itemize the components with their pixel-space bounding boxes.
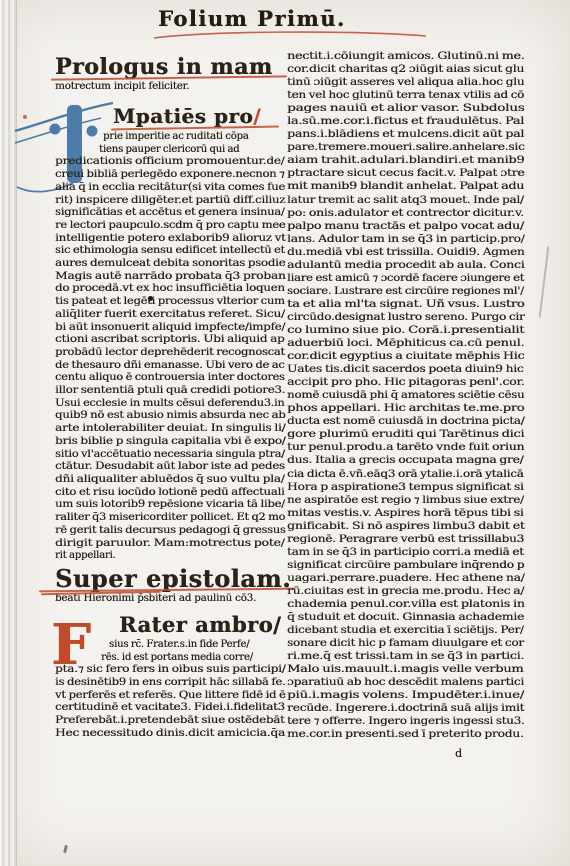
text-line: raliter q̄3 misericorditer pollicet. Et … <box>55 512 285 525</box>
text-line: certitudinē et vacitate3. Fidei.i.fideli… <box>55 702 285 715</box>
text-line: cia dicta ē.vñ.eāq3 orā ytalie.i.orā yta… <box>287 468 524 481</box>
text-line: accipit pro pho. Hic pitagoras penl'.cor… <box>287 376 524 389</box>
right-column-lines: nectit.i.cōiungit amicos. Glutinū.ni me.… <box>287 50 524 741</box>
text-line: bris biblie p singula capitalia vbi ē ex… <box>55 436 285 449</box>
text-line: liare est amicū ⁊ ɔcordē facere ɔiungere… <box>287 272 524 285</box>
text-line: piū.i.magis volens. Impudēter.i.inue/ <box>287 689 524 702</box>
text-line: tam in se q̄3 in participio corri.a medi… <box>287 546 524 559</box>
text-line: tinū ɔiūgit asseres vel aliqua alia.hoc … <box>287 76 524 89</box>
text-line: ta et alia ml'ta signat. Uñ vsus. Lustro <box>287 298 524 311</box>
text-line: circūdo.designat lustro sereno. Purgo ci… <box>287 311 524 324</box>
text-line: lans. Adulor tam in se q̄3 in particip.p… <box>287 233 525 246</box>
text-line: nectit.i.cōiungit amicos. Glutinū.ni me. <box>287 50 524 63</box>
text-line: Uates tis.dicit sacerdos poeta diuin9 hi… <box>287 363 523 376</box>
prologue-heading: Prologus in mam motrectum incipit felici… <box>55 54 285 93</box>
text-line: rit) inspicere diligēter.et partiū diff.… <box>55 195 285 208</box>
text-line: du.mediā vbi est trissilla. Ouidi9. Agme… <box>287 246 524 259</box>
text-line: sonare dicit hic p famam diuulgare et co… <box>287 637 524 650</box>
text-line: gore plurimū eruditi qui Tarētinus dici <box>287 428 524 441</box>
right-column: nectit.i.cōiungit amicos. Glutinū.ni me.… <box>287 50 524 760</box>
text-line: palpo manu tractās et palpo vocat adu/ <box>287 220 524 233</box>
text-line: pare.tremere.moueri.salire.anhelare.sic <box>287 141 525 154</box>
red-margin-dot <box>23 115 27 119</box>
text-line: Usui ecclesie in mults cēsui deferendu3.… <box>55 398 284 411</box>
text-line: aduerbiū loci. Mēphiticus ca.cū penul. <box>287 337 524 350</box>
text-line: quib9 nō est abusio nimis absurda nec ab <box>55 410 285 423</box>
text-line: ctioni ascribat scriptoris. Ubi aliquid … <box>55 334 284 347</box>
text-line: dicebant studia et exercitia ī sciētijs.… <box>287 624 524 637</box>
text-line: gnificabit. Si nō aspires limbu3 dabit e… <box>287 520 525 533</box>
text-line: aiam trahit.adulari.blandiri.et manib9 <box>287 154 524 167</box>
text-line: sitio vl'accētuatio necessaria singula p… <box>55 449 285 462</box>
text-line: pta.⁊ sic fero fers in oibus suis partic… <box>55 664 286 677</box>
text-line: recūde. Ingerere.i.doctrinā suā alijs im… <box>287 702 524 715</box>
epistle-heading: Super epistolam. beati Hieronimi p̄sbite… <box>55 565 285 605</box>
prologue-heading-line2: motrectum incipit feliciter. <box>55 80 285 93</box>
text-line: rū.ciuitas est in grecia me.produ. Hec a… <box>287 585 524 598</box>
prologue-paragraph: Mpatiēs pro/ prie imperitie ac ruditati … <box>55 101 285 563</box>
text-line: bi aūt insonuerit aliquid impfecte/impfe… <box>55 322 285 335</box>
text-line: centu aliquo ē controuersia inter doctor… <box>55 372 285 385</box>
text-line: is desinētib9 in ens corripit hāc sillab… <box>55 677 285 690</box>
text-line: po: onis.adulator et contrector dicitur.… <box>287 207 524 220</box>
frater-body-lines: pta.⁊ sic fero fers in oibus suis partic… <box>55 664 285 740</box>
text-line: latur tremit ac salit atq3 mouet. Inde p… <box>287 194 524 207</box>
text-line: dus. Italia a grecis occupata magna gre/ <box>287 454 523 467</box>
ink-blot <box>148 296 153 301</box>
text-line: mitas vestis.v. Aspires horā tēpus tibi … <box>287 507 524 520</box>
text-line: pans.i.blādiens et mulcens.dicit aūt pal <box>287 128 524 141</box>
text-line: tere ⁊ offerre. Ingero ingeris ingessi s… <box>287 715 524 728</box>
text-line: do procedā.vt ex hoc insufficiētia loque… <box>55 283 285 296</box>
text-line: Hec necessitudo dinis.dicit amicicia.q̄a <box>55 728 285 741</box>
left-column: Prologus in mam motrectum incipit felici… <box>55 54 285 741</box>
text-line: Preferebāt.i.pretendebāt siue ostēdebāt <box>55 715 285 728</box>
margin-pen-mark <box>63 845 68 853</box>
text-line: Hora p aspiratione3 tempus significat si <box>287 481 524 494</box>
text-line: dñi aliqualiter abluēdos q̄ suo vultu pl… <box>55 474 285 487</box>
text-line: la.sū.me.cor.i.fictus et fraudulētus. Pa… <box>287 115 524 128</box>
text-line: mit manib9 blandit anhelat. Palpat adu <box>287 180 524 193</box>
text-line: illor sententiā ptuli quā credidi potior… <box>55 385 285 398</box>
text-line: um suis lotorib9 repēsione vicaria tā li… <box>55 499 285 512</box>
text-line: cor.dicit charitas q2 ɔiūgit aias sicut … <box>287 63 524 76</box>
text-line: q̄ studuit et docuit. Ginnasia achademie <box>287 611 524 624</box>
text-line: uagari.perrare.puadere. Hec athene na/ <box>287 572 524 585</box>
text-line: tur penul.produ.a tarēto vnde fuit oriun <box>287 441 524 454</box>
text-line: arte intolerabiliter deuiat. In singulis… <box>55 423 285 436</box>
text-line: sociare. Lustrare est circūire regiones … <box>287 285 524 298</box>
text-line: tis pateat et legēti processus vlterior … <box>55 296 285 309</box>
epistle-heading-sub: beati Hieronimi p̄sbiteri ad paulinū cō3… <box>55 592 285 605</box>
signature-mark: d <box>455 747 524 760</box>
text-line: intelligentie potero exlaborib9 alioruz … <box>55 233 286 246</box>
text-line: predicationis officium promouentur.de/ <box>55 156 284 169</box>
rubric-slash: / <box>253 104 261 128</box>
text-line: Magis autē narrādo probata q̄3 proban <box>55 271 286 284</box>
text-line: pages nauiū et alior vasor. Subdolus <box>287 102 524 115</box>
text-line: ne aspiratōe est regio ⁊ limbus siue ext… <box>287 494 524 507</box>
text-line: probādū lector deprehēderit recognoscat <box>55 347 285 360</box>
text-line: vt perferēs et referēs. Que littere fidē… <box>55 690 286 703</box>
text-line: ri.me.q̄ est trissi.tam in se q̄3 in par… <box>287 650 524 663</box>
text-line: dirigit paruulor. Mam:motrectus pote/ <box>55 538 285 551</box>
text-line: Malo uis.mauult.i.magis velle verbum <box>287 663 523 676</box>
text-line: de thesauro dñi emanasse. Ubi vero de ac <box>55 360 284 373</box>
text-line: rit appellari. <box>55 550 285 563</box>
text-line: rē gerit talis decursus pedagogi q̄ gres… <box>55 525 286 538</box>
prologue-body-lines: predicationis officium promouentur.de/cr… <box>55 156 285 550</box>
text-line: ctātur. Desudabit aūt labor iste ad pede… <box>55 461 285 474</box>
text-line: adulantū media procedit ab aula. Conci <box>287 259 524 272</box>
text-line: cito et risu iocūdo lotionē pedū affectu… <box>55 487 284 500</box>
text-line: significat circūire pambulare inq̄rendo … <box>287 559 524 572</box>
text-line: ducta est nomē cuiusdā in doctrina picta… <box>287 415 524 428</box>
text-line: aliq̄liter fuerit exercitatus referet. S… <box>55 309 285 322</box>
frater-paragraph: F Rater ambro/ sius rc̄. Frater.s.in fid… <box>55 611 285 741</box>
text-line: ptractare sicut cecus facit.v. Palpat ɔt… <box>287 167 524 180</box>
text-line: chademia penul.cor.villa est platonis in <box>287 598 525 611</box>
text-line: creui bibliā perlegēdo exponere.necnon ⁊ <box>55 169 285 182</box>
text-line: co lumino siue pio. Corā.i.presentialit <box>287 324 524 337</box>
text-line: me.cor.in presenti.sed ī preterito produ… <box>287 728 524 741</box>
folio-header-red-underline <box>150 28 430 42</box>
text-line: aures demulceat debita sonoritas psodie <box>55 258 285 271</box>
text-line: ten vel hoc glutinū terra tenax vtilis a… <box>287 89 524 102</box>
text-line: regionē. Peragrare verbū est trissillabu… <box>287 533 524 546</box>
text-line: nomē cuiusdā phi q̄ amatores sciētie cēs… <box>287 389 524 402</box>
book-page-photo: Folium Primū. Prologus in mam motrectum … <box>0 0 570 866</box>
text-line: sic ethimologia sensu edificet intellect… <box>55 245 285 258</box>
text-line: re lectori paupculo.scdm q̄ pro captu me… <box>55 220 285 233</box>
text-line: significātias et accētus et genera insin… <box>55 207 284 220</box>
text-line: ɔparatiuū ab hoc descēdit malens partici <box>287 676 524 689</box>
prologue-incipit-text: Mpatiēs pro <box>113 104 253 128</box>
text-line: cor.dicit egyptius a ciuitate mēphis Hic <box>287 350 524 363</box>
text-line: phos appellari. Hic architas te.me.pro <box>287 402 524 415</box>
text-line: alia q̄ in ecclia recitātur(si vita come… <box>55 182 285 195</box>
paper-fibre-mark <box>539 246 549 318</box>
